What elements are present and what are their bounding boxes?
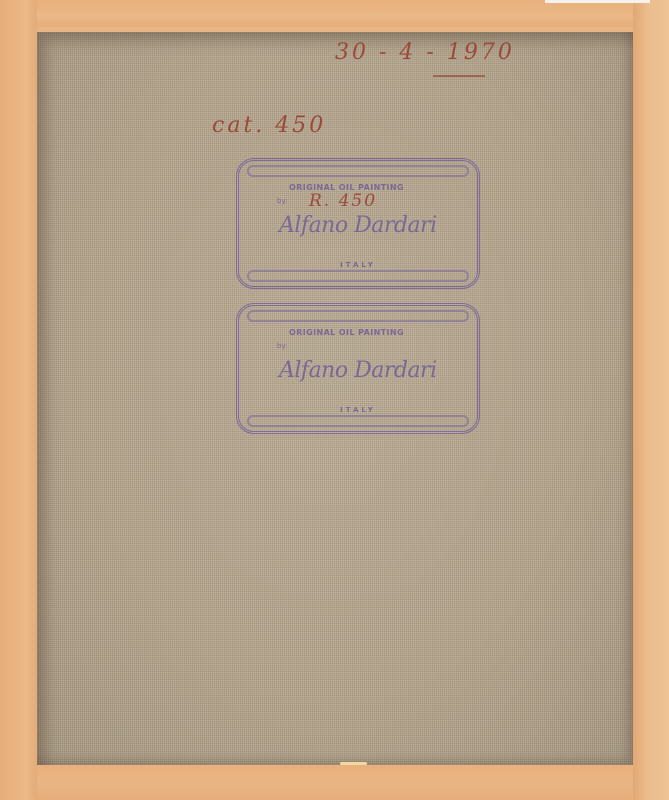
frame-right-bar [633,0,669,800]
artist-stamp-2: ORIGINAL OIL PAINTING by: Alfano Dardari… [236,303,480,434]
frame-bottom-bar [0,765,669,800]
handwritten-price: R. 450 [309,191,377,211]
handwritten-date: 30 - 4 - 1970 [335,40,515,65]
background-edge [545,0,650,3]
canvas-edge-tack [340,762,367,765]
stamp-title: ORIGINAL OIL PAINTING [289,328,404,337]
stamp-country: ITALY [239,406,477,414]
handwritten-catalog-number: cat. 450 [212,113,326,138]
stamp-country: ITALY [239,261,477,269]
frame-left-bar [0,0,37,800]
frame-top-bar [0,0,669,27]
artist-signature: Alfano Dardari [279,213,437,238]
stamp-by: by: [277,197,287,205]
stamp-by: by: [277,342,287,350]
date-underline [433,75,485,77]
artist-stamp-1: ORIGINAL OIL PAINTING by: R. 450 Alfano … [236,158,480,289]
artist-signature: Alfano Dardari [279,358,437,383]
